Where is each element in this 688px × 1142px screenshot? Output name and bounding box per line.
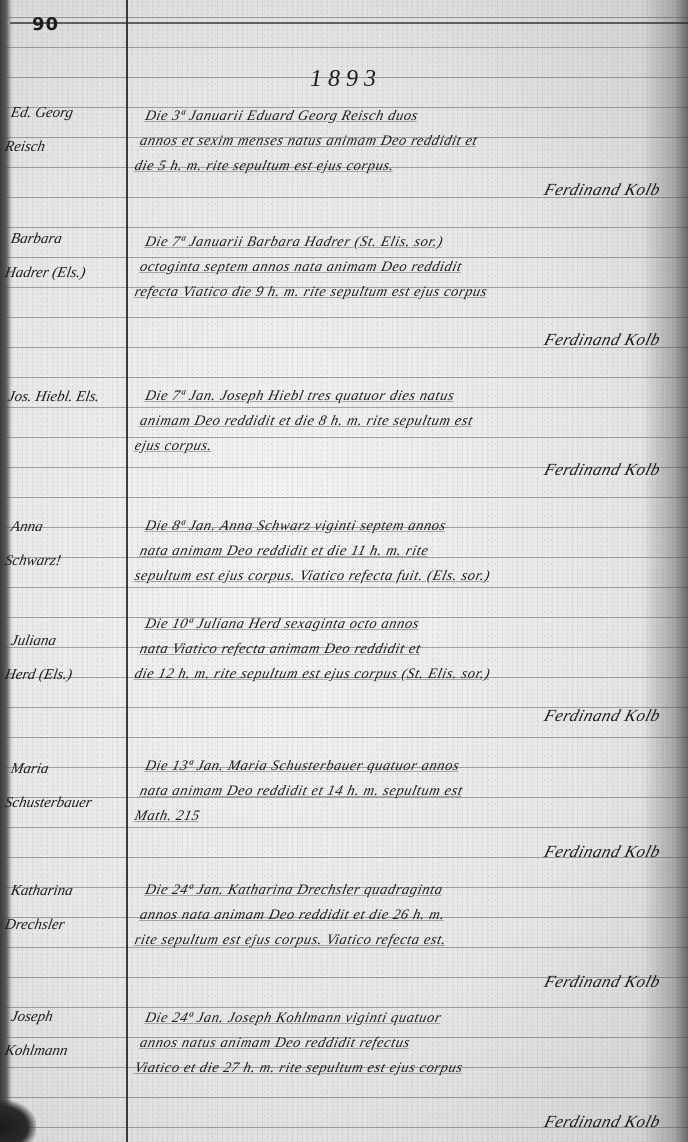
entry-text: Die 13ª Jan. Maria Schusterbauer quatuor… xyxy=(132,754,668,829)
entry-text: Die 3ª Januarii Eduard Georg Reisch duos… xyxy=(132,104,668,179)
priest-signature: Ferdinand Kolb xyxy=(407,460,662,480)
priest-signature: Ferdinand Kolb xyxy=(407,842,662,862)
margin-name: Barbara Hadrer (Els.) xyxy=(2,222,130,290)
margin-name: Katharina Drechsler xyxy=(2,874,130,942)
entry-text: Die 24ª Jan. Joseph Kohlmann viginti qua… xyxy=(132,1006,668,1081)
margin-name: Maria Schusterbauer xyxy=(2,752,130,820)
page-number: 90 xyxy=(32,14,59,35)
entry-text: Die 7ª Jan. Joseph Hiebl tres quatuor di… xyxy=(132,384,668,459)
entry-text: Die 8ª Jan. Anna Schwarz viginti septem … xyxy=(132,514,668,589)
priest-signature: Ferdinand Kolb xyxy=(407,330,662,350)
margin-column-divider xyxy=(126,0,128,1142)
register-year: 1893 xyxy=(310,66,382,93)
priest-signature: Ferdinand Kolb xyxy=(407,1112,662,1132)
entry-text: Die 24ª Jan. Katharina Drechsler quadrag… xyxy=(132,878,668,953)
margin-name: Ed. Georg Reisch xyxy=(2,96,130,164)
margin-name: Anna Schwarz! xyxy=(2,510,130,578)
priest-signature: Ferdinand Kolb xyxy=(407,180,662,200)
margin-name: Juliana Herd (Els.) xyxy=(2,624,130,692)
entry-text: Die 10ª Juliana Herd sexaginta octo anno… xyxy=(132,612,668,687)
register-page: 90 1893 Ed. Georg Reisch Die 3ª Januarii… xyxy=(0,0,688,1142)
margin-name: Joseph Kohlmann xyxy=(2,1000,130,1068)
scan-shadow xyxy=(0,1100,36,1142)
header-rule xyxy=(10,22,688,24)
priest-signature: Ferdinand Kolb xyxy=(407,706,662,726)
priest-signature: Ferdinand Kolb xyxy=(407,972,662,992)
entry-text: Die 7ª Januarii Barbara Hadrer (St. Elis… xyxy=(132,230,668,305)
margin-name: Jos. Hiebl. Els. xyxy=(5,380,127,414)
